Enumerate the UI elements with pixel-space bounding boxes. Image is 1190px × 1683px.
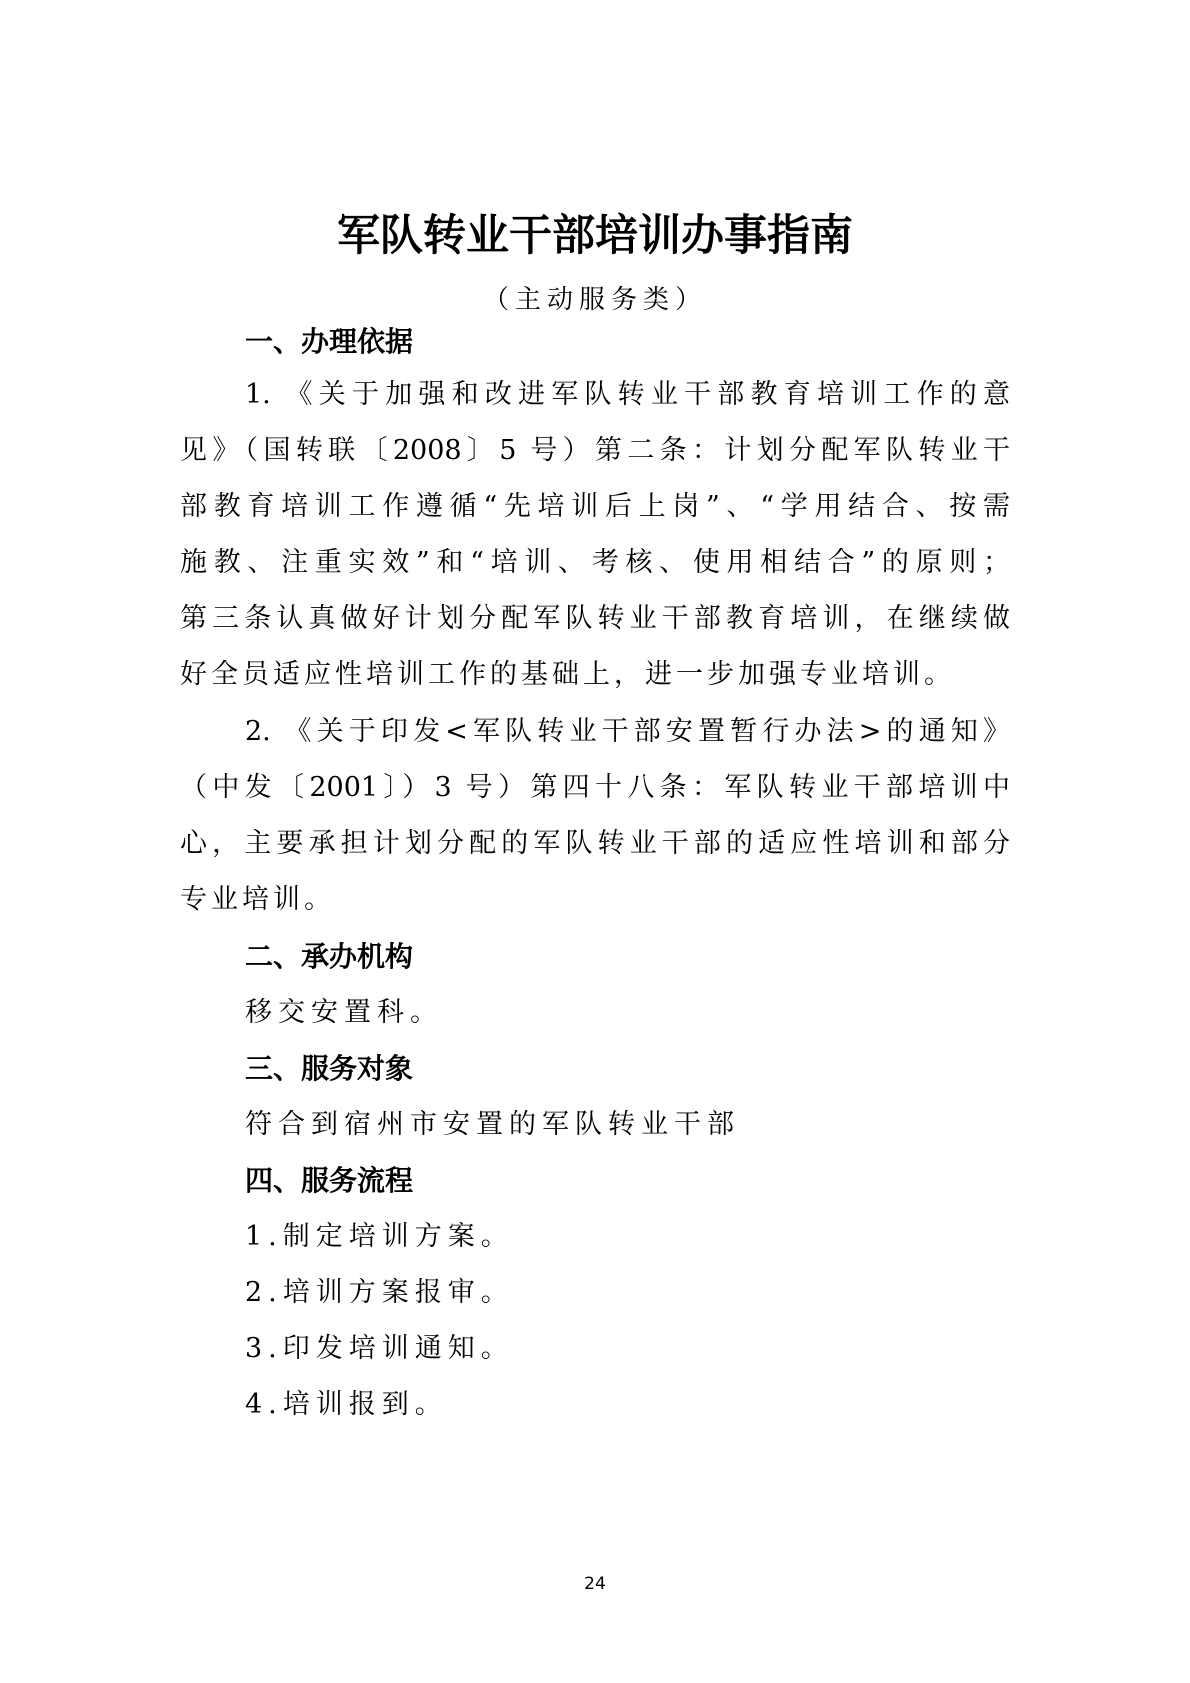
process-step: 4.培训报到。 [245, 1385, 448, 1425]
paragraph-line: 第三条认真做好计划分配军队转业干部教育培训，在继续做 [180, 599, 1010, 639]
paragraph-line: 心，主要承担计划分配的军队转业干部的适应性培训和部分 [180, 824, 1010, 864]
process-step: 2.培训方案报审。 [245, 1273, 514, 1313]
paragraph-line: （中发〔2001〕）3 号）第四十八条：军队转业干部培训中 [180, 768, 1010, 808]
paragraph-line: 1. 《关于加强和改进军队转业干部教育培训工作的意 [245, 375, 1010, 415]
paragraph-line: 专业培训。 [180, 880, 1010, 920]
document-subtitle: （主动服务类） [0, 282, 1190, 318]
page-number: 24 [0, 1573, 1190, 1595]
paragraph-line: 施教、注重实效”和“培训、考核、使用相结合”的原则； [180, 543, 1010, 583]
agency-text: 移交安置科。 [245, 993, 443, 1033]
target-text: 符合到宿州市安置的军队转业干部 [245, 1105, 740, 1145]
document-title: 军队转业干部培训办事指南 [0, 208, 1190, 264]
paragraph-line: 部教育培训工作遵循“先培训后上岗”、“学用结合、按需 [180, 487, 1010, 527]
paragraph-line: 2. 《关于印发<军队转业干部安置暂行办法>的通知》 [245, 712, 1010, 752]
paragraph-line: 见》（国转联〔2008〕5 号）第二条：计划分配军队转业干 [180, 431, 1010, 471]
process-step: 3.印发培训通知。 [245, 1329, 514, 1369]
paragraph-line: 好全员适应性培训工作的基础上，进一步加强专业培训。 [180, 655, 1010, 695]
process-step: 1.制定培训方案。 [245, 1217, 514, 1257]
section-heading-process: 四、服务流程 [245, 1161, 413, 1201]
section-heading-agency: 二、承办机构 [245, 937, 413, 977]
section-heading-target: 三、服务对象 [245, 1049, 413, 1089]
document-page: 军队转业干部培训办事指南 （主动服务类） 一、办理依据 1. 《关于加强和改进军… [0, 0, 1190, 1683]
section-heading-basis: 一、办理依据 [245, 322, 413, 362]
